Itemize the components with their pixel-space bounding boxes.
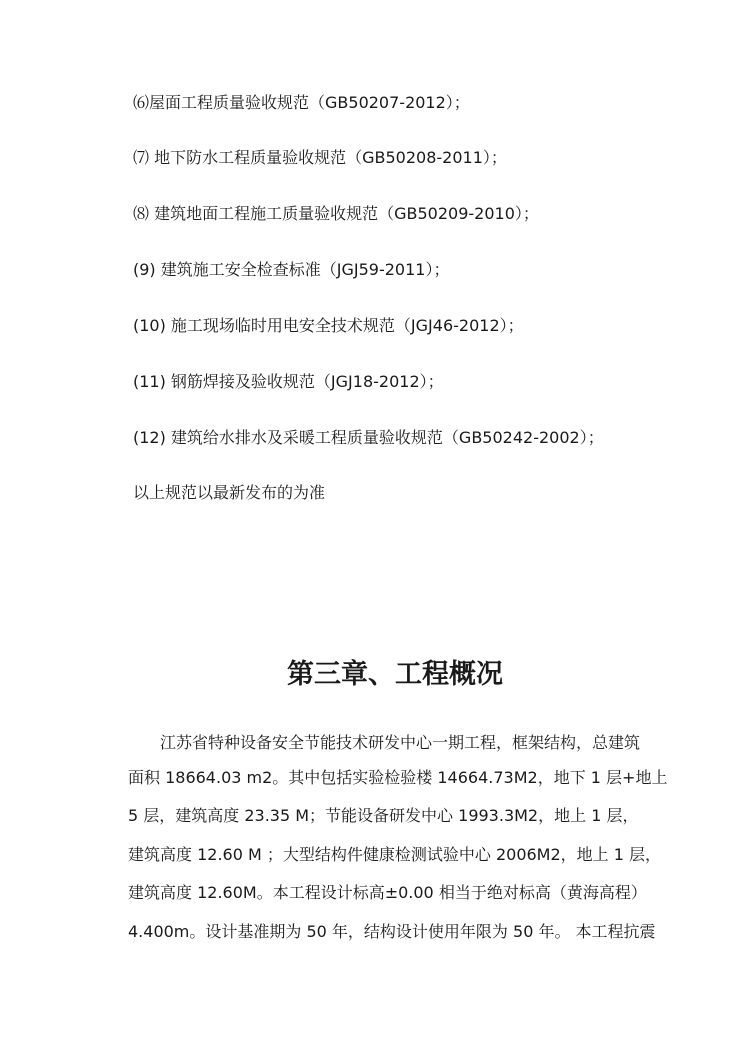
standard-item-11: (11) 钢筋焊接及验收规范（JGJ18-2012）； [133,372,444,392]
standard-item-6: ⑹屋面工程质量验收规范（GB50207-2012）； [133,93,470,113]
item-number: (11) [133,372,166,391]
item-text: 地下防水工程质量验收规范（GB50208-2011）； [149,148,507,167]
item-number: ⑻ [133,204,149,223]
standard-item-12: (12) 建筑给水排水及采暖工程质量验收规范（GB50242-2002）； [133,428,604,448]
overview-line: 建筑高度 12.60 M ；大型结构件健康检测试验中心 2006M2，地上 1 … [128,845,688,865]
item-number: (9) [133,260,156,279]
document-page: ⑹屋面工程质量验收规范（GB50207-2012）； ⑺ 地下防水工程质量验收规… [0,0,744,1052]
overview-line: 5 层，建筑高度 23.35 M；节能设备研发中心 1993.3M2，地上 1 … [128,806,688,826]
item-text: 建筑给水排水及采暖工程质量验收规范（GB50242-2002）； [166,428,604,447]
chapter-title: 第三章、工程概况 [0,657,744,693]
standards-note: 以上规范以最新发布的为准 [133,483,325,503]
item-text: 施工现场临时用电安全技术规范（JGJ46-2012）； [166,316,524,335]
item-text: 屋面工程质量验收规范（GB50207-2012）； [149,93,470,112]
overview-line: 江苏省特种设备安全节能技术研发中心一期工程，框架结构，总建筑 [128,733,688,753]
item-number: (12) [133,428,166,447]
item-number: (10) [133,316,166,335]
overview-line: 面积 18664.03 m2。其中包括实验检验楼 14664.73M2，地下 1… [128,768,688,788]
standard-item-10: (10) 施工现场临时用电安全技术规范（JGJ46-2012）； [133,316,524,336]
item-number: ⑺ [133,148,149,167]
standard-item-9: (9) 建筑施工安全检查标准（JGJ59-2011）； [133,260,449,280]
item-text: 钢筋焊接及验收规范（JGJ18-2012）； [166,372,444,391]
item-number: ⑹ [133,93,149,112]
standard-item-7: ⑺ 地下防水工程质量验收规范（GB50208-2011）； [133,148,507,168]
overview-line: 建筑高度 12.60M。本工程设计标高±0.00 相当于绝对标高（黄海高程） [128,883,688,903]
item-text: 建筑地面工程施工质量验收规范（GB50209-2010）； [149,204,539,223]
item-text: 建筑施工安全检查标准（JGJ59-2011）； [156,260,450,279]
overview-line: 4.400m。设计基准期为 50 年，结构设计使用年限为 50 年。 本工程抗震 [128,922,688,942]
standard-item-8: ⑻ 建筑地面工程施工质量验收规范（GB50209-2010）； [133,204,539,224]
